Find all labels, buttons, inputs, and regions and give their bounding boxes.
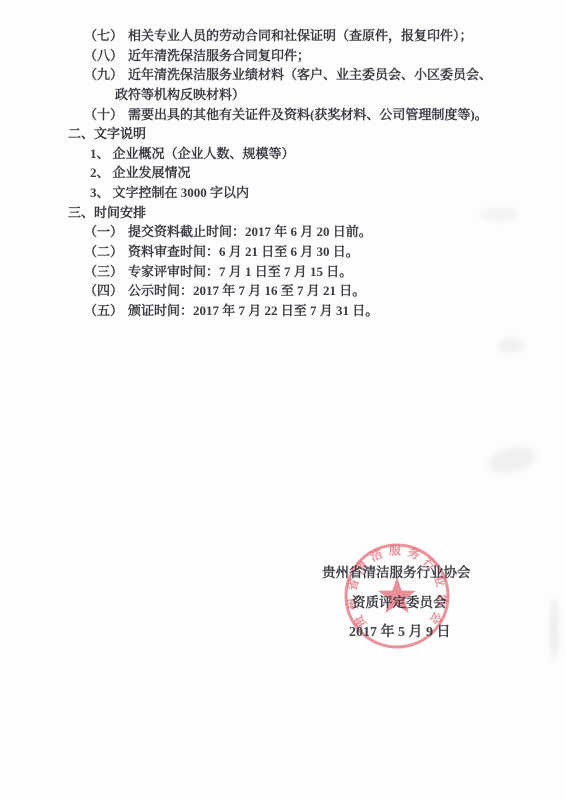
item-marker: （二） — [84, 244, 123, 259]
list-item-9-continuation: 政符等机构反映材料） — [0, 85, 566, 105]
item-text: 近年清洗保洁服务业绩材料（客户、业主委员会、小区委员会、 — [128, 67, 492, 82]
item-marker: （八） — [84, 48, 123, 63]
item-text: 需要出具的其他有关证件及资料(获奖材料、公司管理制度等)。 — [128, 107, 488, 122]
scan-smudge — [486, 443, 538, 478]
item-marker: （三） — [84, 264, 123, 279]
item-text: 近年清洗保洁服务合同复印件； — [128, 48, 310, 63]
item-text: 相关专业人员的劳动合同和社保证明（查原件，报复印件）； — [128, 28, 473, 43]
item-text: 专家评审时间：7 月 1 日至 7 月 15 日。 — [128, 264, 352, 279]
item-text: 提交资料截止时间：2017 年 6 月 20 日前。 — [128, 224, 372, 239]
item-marker: （九） — [84, 67, 123, 82]
item-text: 颁证时间：2017 年 7 月 22 日至 7 月 31 日。 — [128, 303, 378, 318]
item-marker: （四） — [84, 283, 123, 298]
item-text: 文字控制在 3000 字以内 — [113, 185, 250, 200]
item-text: 公示时间：2017 年 7 月 16 至 7 月 21 日。 — [128, 283, 365, 298]
item-marker: （十） — [84, 107, 123, 122]
heading-text: 三、时间安排 — [68, 205, 146, 220]
item-marker: （七） — [84, 28, 123, 43]
schedule-item-2: （二）资料审查时间：6 月 21 日至 6 月 30 日。 — [0, 242, 566, 262]
signature-org: 贵州省清洁服务行业协会 — [322, 561, 471, 581]
numbered-item-3: 3、文字控制在 3000 字以内 — [0, 183, 566, 203]
numbered-item-2: 2、企业发展情况 — [0, 163, 566, 183]
item-text: 政符等机构反映材料） — [115, 87, 245, 102]
list-item-7: （七）相关专业人员的劳动合同和社保证明（查原件，报复印件）； — [0, 26, 566, 46]
scan-smudge — [480, 208, 518, 221]
scanned-document-page: （七）相关专业人员的劳动合同和社保证明（查原件，报复印件）； （八）近年清洗保洁… — [0, 0, 566, 800]
schedule-item-5: （五）颁证时间：2017 年 7 月 22 日至 7 月 31 日。 — [0, 301, 566, 321]
section-heading-text-description: 二、文字说明 — [0, 124, 566, 144]
schedule-item-1: （一）提交资料截止时间：2017 年 6 月 20 日前。 — [0, 222, 566, 242]
schedule-item-4: （四）公示时间：2017 年 7 月 16 至 7 月 21 日。 — [0, 281, 566, 301]
document-body: （七）相关专业人员的劳动合同和社保证明（查原件，报复印件）； （八）近年清洗保洁… — [0, 26, 566, 321]
item-text: 资料审查时间：6 月 21 日至 6 月 30 日。 — [128, 244, 359, 259]
item-text: 企业概况（企业人数、规模等） — [113, 146, 295, 161]
item-marker: （五） — [84, 303, 123, 318]
scan-smudge — [498, 338, 524, 353]
item-text: 企业发展情况 — [113, 165, 191, 180]
signature-date: 2017 年 5 月 9 日 — [349, 621, 451, 641]
schedule-item-3: （三）专家评审时间：7 月 1 日至 7 月 15 日。 — [0, 262, 566, 282]
heading-text: 二、文字说明 — [68, 126, 146, 141]
list-item-9: （九）近年清洗保洁服务业绩材料（客户、业主委员会、小区委员会、 — [0, 65, 566, 85]
scan-smudge — [550, 598, 558, 660]
item-marker: 1、 — [90, 146, 110, 161]
item-marker: 2、 — [90, 165, 110, 180]
signature-committee: 资质评定委员会 — [352, 591, 447, 611]
list-item-8: （八）近年清洗保洁服务合同复印件； — [0, 46, 566, 66]
list-item-10: （十）需要出具的其他有关证件及资料(获奖材料、公司管理制度等)。 — [0, 105, 566, 125]
numbered-item-1: 1、企业概况（企业人数、规模等） — [0, 144, 566, 164]
item-marker: （一） — [84, 224, 123, 239]
item-marker: 3、 — [90, 185, 110, 200]
